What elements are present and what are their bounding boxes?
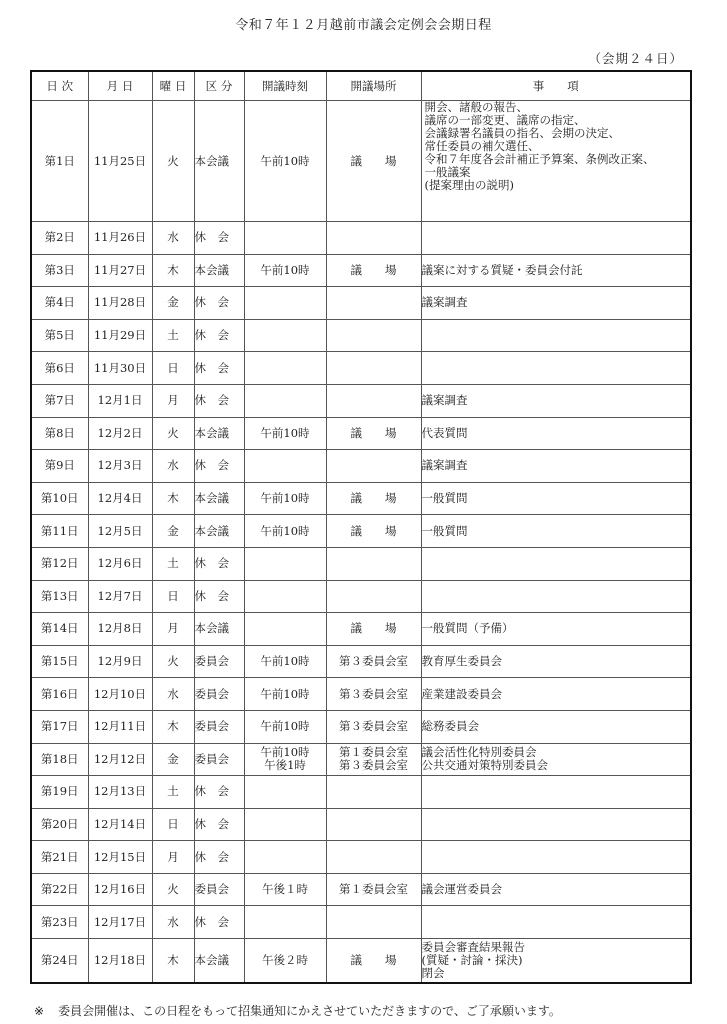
cell-item: 委員会審査結果報告 (質疑・討論・採決) 閉会 (421, 939, 691, 984)
table-row: 第12日12月6日土休 会 (31, 547, 691, 580)
cell-day-no: 第22日 (31, 873, 88, 906)
header-time: 開議時刻 (244, 71, 326, 101)
cell-kubun: 本会議 (194, 417, 244, 450)
cell-item: 教育厚生委員会 (421, 645, 691, 678)
cell-date: 11月25日 (88, 101, 152, 222)
cell-place: 議 場 (326, 101, 421, 222)
cell-date: 12月14日 (88, 808, 152, 841)
table-row: 第18日12月12日金委員会午前10時 午後1時第１委員会室 第３委員会室議会活… (31, 743, 691, 776)
session-period: （会期２４日） (588, 49, 683, 67)
cell-day-no: 第17日 (31, 710, 88, 743)
cell-day-no: 第14日 (31, 613, 88, 646)
cell-item: 一般質問（予備） (421, 613, 691, 646)
cell-date: 11月26日 (88, 222, 152, 255)
cell-item: 議案調査 (421, 450, 691, 483)
cell-place (326, 352, 421, 385)
cell-place: 議 場 (326, 939, 421, 984)
cell-item (421, 352, 691, 385)
cell-time (244, 319, 326, 352)
cell-kubun: 休 会 (194, 580, 244, 613)
cell-time (244, 547, 326, 580)
cell-place: 第３委員会室 (326, 678, 421, 711)
cell-time (244, 384, 326, 417)
cell-time: 午前10時 (244, 678, 326, 711)
cell-time (244, 580, 326, 613)
cell-day-no: 第1日 (31, 101, 88, 222)
cell-weekday: 木 (152, 254, 194, 287)
cell-item: 議案調査 (421, 287, 691, 320)
cell-date: 12月18日 (88, 939, 152, 984)
table-row: 第11日12月5日金本会議午前10時議 場一般質問 (31, 515, 691, 548)
cell-item: 議会運営委員会 (421, 873, 691, 906)
cell-kubun: 休 会 (194, 776, 244, 809)
cell-place (326, 841, 421, 874)
cell-item: 開会、諸般の報告、 議席の一部変更、議席の指定、 会議録署名議員の指名、会期の決… (421, 101, 691, 222)
cell-kubun: 休 会 (194, 319, 244, 352)
table-row: 第24日12月18日木本会議午後２時議 場委員会審査結果報告 (質疑・討論・採決… (31, 939, 691, 984)
cell-weekday: 月 (152, 384, 194, 417)
cell-day-no: 第18日 (31, 743, 88, 776)
cell-day-no: 第11日 (31, 515, 88, 548)
cell-item (421, 580, 691, 613)
cell-weekday: 木 (152, 939, 194, 984)
cell-weekday: 火 (152, 873, 194, 906)
cell-weekday: 火 (152, 101, 194, 222)
table-row: 第20日12月14日日休 会 (31, 808, 691, 841)
header-weekday: 曜 日 (152, 71, 194, 101)
cell-weekday: 日 (152, 580, 194, 613)
cell-weekday: 月 (152, 613, 194, 646)
cell-weekday: 木 (152, 482, 194, 515)
cell-item (421, 906, 691, 939)
cell-date: 11月28日 (88, 287, 152, 320)
cell-item: 代表質問 (421, 417, 691, 450)
cell-date: 11月29日 (88, 319, 152, 352)
table-row: 第4日11月28日金休 会議案調査 (31, 287, 691, 320)
cell-kubun: 休 会 (194, 547, 244, 580)
cell-weekday: 金 (152, 743, 194, 776)
cell-place: 議 場 (326, 613, 421, 646)
cell-time: 午前10時 (244, 482, 326, 515)
cell-place: 議 場 (326, 482, 421, 515)
table-row: 第16日12月10日水委員会午前10時第３委員会室産業建設委員会 (31, 678, 691, 711)
cell-kubun: 本会議 (194, 515, 244, 548)
cell-time: 午前10時 (244, 515, 326, 548)
cell-weekday: 火 (152, 417, 194, 450)
cell-date: 12月5日 (88, 515, 152, 548)
cell-place (326, 547, 421, 580)
cell-date: 12月9日 (88, 645, 152, 678)
table-row: 第7日12月1日月休 会議案調査 (31, 384, 691, 417)
cell-item: 議会活性化特別委員会 公共交通対策特別委員会 (421, 743, 691, 776)
cell-date: 11月30日 (88, 352, 152, 385)
cell-weekday: 土 (152, 776, 194, 809)
cell-time (244, 613, 326, 646)
cell-kubun: 休 会 (194, 841, 244, 874)
table-row: 第1日11月25日火本会議午前10時議 場開会、諸般の報告、 議席の一部変更、議… (31, 101, 691, 222)
cell-date: 12月11日 (88, 710, 152, 743)
cell-kubun: 委員会 (194, 678, 244, 711)
cell-day-no: 第4日 (31, 287, 88, 320)
cell-kubun: 休 会 (194, 808, 244, 841)
cell-kubun: 休 会 (194, 450, 244, 483)
cell-weekday: 日 (152, 808, 194, 841)
header-date: 月 日 (88, 71, 152, 101)
cell-place (326, 906, 421, 939)
cell-date: 11月27日 (88, 254, 152, 287)
footnote: ※委員会開催は、この日程をもって招集通知にかえさせていただきますので、ご了承願い… (34, 1002, 561, 1019)
cell-time (244, 906, 326, 939)
cell-item (421, 808, 691, 841)
cell-place (326, 776, 421, 809)
cell-weekday: 土 (152, 547, 194, 580)
cell-date: 12月1日 (88, 384, 152, 417)
cell-date: 12月10日 (88, 678, 152, 711)
cell-item: 総務委員会 (421, 710, 691, 743)
table-row: 第9日12月3日水休 会議案調査 (31, 450, 691, 483)
cell-item (421, 547, 691, 580)
table-row: 第14日12月8日月本会議議 場一般質問（予備） (31, 613, 691, 646)
schedule-body: 第1日11月25日火本会議午前10時議 場開会、諸般の報告、 議席の一部変更、議… (31, 101, 691, 984)
cell-day-no: 第6日 (31, 352, 88, 385)
cell-date: 12月15日 (88, 841, 152, 874)
cell-kubun: 本会議 (194, 101, 244, 222)
cell-place: 第３委員会室 (326, 645, 421, 678)
table-row: 第3日11月27日木本会議午前10時議 場議案に対する質疑・委員会付託 (31, 254, 691, 287)
cell-item (421, 222, 691, 255)
cell-time (244, 450, 326, 483)
cell-time (244, 222, 326, 255)
table-row: 第8日12月2日火本会議午前10時議 場代表質問 (31, 417, 691, 450)
cell-kubun: 本会議 (194, 482, 244, 515)
cell-day-no: 第21日 (31, 841, 88, 874)
cell-date: 12月16日 (88, 873, 152, 906)
cell-item: 議案に対する質疑・委員会付託 (421, 254, 691, 287)
cell-item: 一般質問 (421, 515, 691, 548)
cell-kubun: 休 会 (194, 287, 244, 320)
cell-item (421, 841, 691, 874)
cell-day-no: 第24日 (31, 939, 88, 984)
cell-time (244, 352, 326, 385)
table-row: 第10日12月4日木本会議午前10時議 場一般質問 (31, 482, 691, 515)
table-row: 第22日12月16日火委員会午後１時第１委員会室議会運営委員会 (31, 873, 691, 906)
cell-kubun: 休 会 (194, 222, 244, 255)
cell-time: 午前10時 (244, 101, 326, 222)
table-row: 第5日11月29日土休 会 (31, 319, 691, 352)
cell-kubun: 休 会 (194, 384, 244, 417)
header-place: 開議場所 (326, 71, 421, 101)
cell-place: 議 場 (326, 515, 421, 548)
cell-weekday: 金 (152, 287, 194, 320)
cell-day-no: 第13日 (31, 580, 88, 613)
cell-kubun: 休 会 (194, 906, 244, 939)
cell-item: 産業建設委員会 (421, 678, 691, 711)
cell-weekday: 火 (152, 645, 194, 678)
cell-weekday: 金 (152, 515, 194, 548)
cell-item: 一般質問 (421, 482, 691, 515)
cell-weekday: 水 (152, 222, 194, 255)
cell-place (326, 287, 421, 320)
cell-day-no: 第15日 (31, 645, 88, 678)
cell-time: 午前10時 (244, 417, 326, 450)
cell-time: 午後１時 (244, 873, 326, 906)
cell-time (244, 841, 326, 874)
cell-time: 午前10時 (244, 254, 326, 287)
table-row: 第21日12月15日月休 会 (31, 841, 691, 874)
note-text: 委員会開催は、この日程をもって招集通知にかえさせていただきますので、ご了承願いま… (58, 1004, 561, 1018)
cell-kubun: 委員会 (194, 710, 244, 743)
cell-place (326, 384, 421, 417)
cell-day-no: 第16日 (31, 678, 88, 711)
table-header-row: 日 次 月 日 曜 日 区 分 開議時刻 開議場所 事 項 (31, 71, 691, 101)
cell-place (326, 319, 421, 352)
cell-place: 第１委員会室 第３委員会室 (326, 743, 421, 776)
cell-time: 午前10時 (244, 710, 326, 743)
cell-kubun: 委員会 (194, 873, 244, 906)
cell-day-no: 第23日 (31, 906, 88, 939)
cell-place: 議 場 (326, 254, 421, 287)
cell-date: 12月6日 (88, 547, 152, 580)
cell-place (326, 450, 421, 483)
cell-place: 議 場 (326, 417, 421, 450)
cell-place (326, 580, 421, 613)
cell-kubun: 本会議 (194, 613, 244, 646)
cell-date: 12月3日 (88, 450, 152, 483)
cell-day-no: 第2日 (31, 222, 88, 255)
cell-weekday: 木 (152, 710, 194, 743)
cell-weekday: 水 (152, 906, 194, 939)
table-row: 第19日12月13日土休 会 (31, 776, 691, 809)
cell-day-no: 第8日 (31, 417, 88, 450)
document-title: 令和７年１２月越前市議会定例会会期日程 (0, 14, 727, 33)
cell-weekday: 水 (152, 450, 194, 483)
cell-time: 午前10時 午後1時 (244, 743, 326, 776)
cell-day-no: 第7日 (31, 384, 88, 417)
cell-kubun: 休 会 (194, 352, 244, 385)
cell-weekday: 月 (152, 841, 194, 874)
cell-time (244, 287, 326, 320)
cell-date: 12月17日 (88, 906, 152, 939)
cell-item (421, 319, 691, 352)
cell-date: 12月2日 (88, 417, 152, 450)
note-mark: ※ (34, 1004, 44, 1018)
cell-time: 午前10時 (244, 645, 326, 678)
header-item: 事 項 (421, 71, 691, 101)
cell-date: 12月13日 (88, 776, 152, 809)
cell-time (244, 808, 326, 841)
cell-place: 第３委員会室 (326, 710, 421, 743)
cell-kubun: 本会議 (194, 939, 244, 984)
cell-item (421, 776, 691, 809)
cell-weekday: 日 (152, 352, 194, 385)
cell-place: 第１委員会室 (326, 873, 421, 906)
table-row: 第2日11月26日水休 会 (31, 222, 691, 255)
cell-day-no: 第20日 (31, 808, 88, 841)
cell-day-no: 第3日 (31, 254, 88, 287)
cell-weekday: 土 (152, 319, 194, 352)
table-row: 第17日12月11日木委員会午前10時第３委員会室総務委員会 (31, 710, 691, 743)
cell-kubun: 委員会 (194, 743, 244, 776)
cell-day-no: 第12日 (31, 547, 88, 580)
cell-kubun: 委員会 (194, 645, 244, 678)
table-row: 第13日12月7日日休 会 (31, 580, 691, 613)
header-kubun: 区 分 (194, 71, 244, 101)
cell-place (326, 222, 421, 255)
cell-day-no: 第19日 (31, 776, 88, 809)
schedule-table: 日 次 月 日 曜 日 区 分 開議時刻 開議場所 事 項 第1日11月25日火… (30, 70, 692, 984)
cell-day-no: 第5日 (31, 319, 88, 352)
cell-date: 12月12日 (88, 743, 152, 776)
cell-time: 午後２時 (244, 939, 326, 984)
cell-item: 議案調査 (421, 384, 691, 417)
cell-date: 12月4日 (88, 482, 152, 515)
header-day-no: 日 次 (31, 71, 88, 101)
cell-day-no: 第10日 (31, 482, 88, 515)
cell-date: 12月8日 (88, 613, 152, 646)
table-row: 第6日11月30日日休 会 (31, 352, 691, 385)
table-row: 第23日12月17日水休 会 (31, 906, 691, 939)
cell-day-no: 第9日 (31, 450, 88, 483)
cell-weekday: 水 (152, 678, 194, 711)
cell-place (326, 808, 421, 841)
table-row: 第15日12月9日火委員会午前10時第３委員会室教育厚生委員会 (31, 645, 691, 678)
cell-time (244, 776, 326, 809)
cell-kubun: 本会議 (194, 254, 244, 287)
cell-date: 12月7日 (88, 580, 152, 613)
